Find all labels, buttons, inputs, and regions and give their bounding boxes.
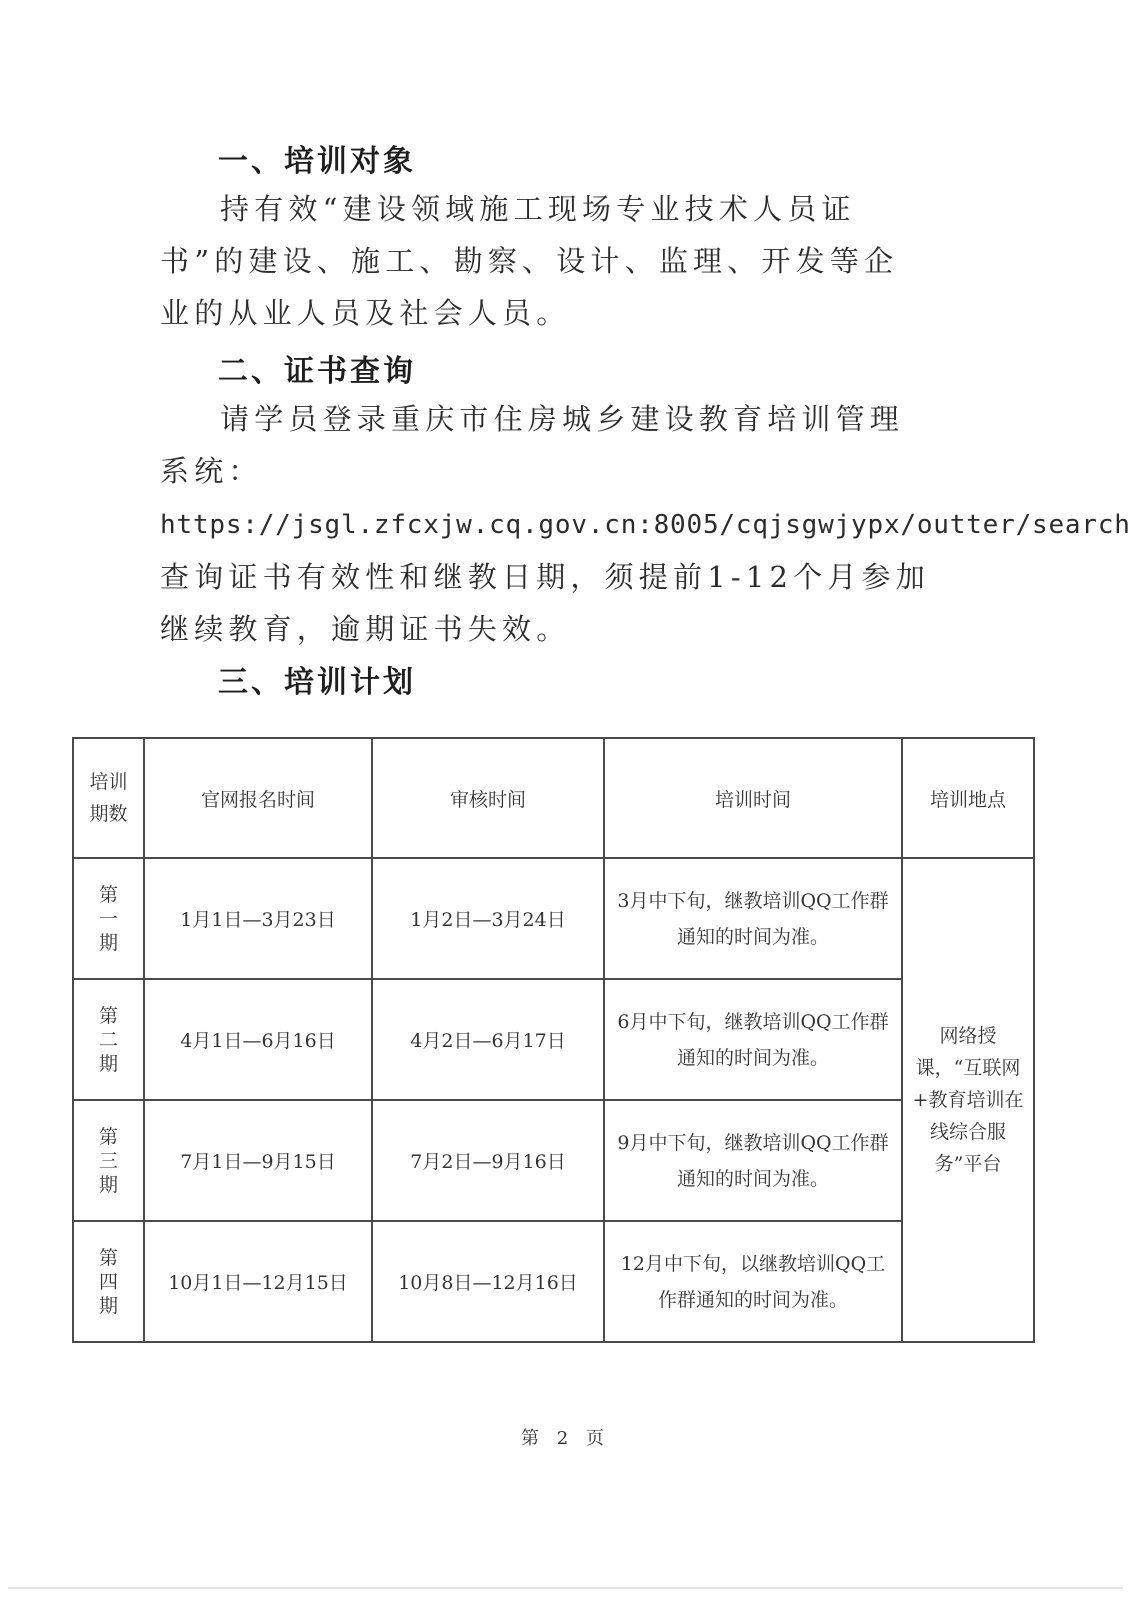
query-intro-text: 请学员登录重庆市住房城乡建设教育培训管理系统： bbox=[160, 402, 904, 488]
training-plan-table: 培训期数 官网报名时间 审核时间 培训时间 培训地点 第一期 1月1日—3月23… bbox=[72, 737, 1035, 1343]
page-bottom-divider bbox=[8, 1587, 1123, 1589]
section-heading-training-plan: 三、培训计划 bbox=[218, 657, 416, 701]
certificate-query-link[interactable]: https://jsgl.zfcxjw.cq.gov.cn:8005/cqjsg… bbox=[160, 510, 1131, 540]
header-review: 审核时间 bbox=[372, 738, 604, 858]
training-time-cell: 3月中下旬，继教培训QQ工作群通知的时间为准。 bbox=[604, 858, 902, 979]
table-row: 第二期 4月1日—6月16日 4月2日—6月17日 6月中下旬，继教培训QQ工作… bbox=[73, 979, 1034, 1100]
review-cell: 7月2日—9月16日 bbox=[372, 1100, 604, 1221]
location-cell: 网络授课，“互联网+教育培训在线综合服务”平台 bbox=[902, 858, 1034, 1342]
review-cell: 4月2日—6月17日 bbox=[372, 979, 604, 1100]
training-time-cell: 6月中下旬，继教培训QQ工作群通知的时间为准。 bbox=[604, 979, 902, 1100]
period-cell: 第三期 bbox=[73, 1100, 144, 1221]
review-cell: 1月2日—3月24日 bbox=[372, 858, 604, 979]
section-body-certificate-query: 请学员登录重庆市住房城乡建设教育培训管理系统：https://jsgl.zfcx… bbox=[160, 393, 930, 655]
training-time-cell: 9月中下旬，继教培训QQ工作群通知的时间为准。 bbox=[604, 1100, 902, 1221]
table-row: 第四期 10月1日—12月15日 10月8日—12月16日 12月中下旬，以继教… bbox=[73, 1221, 1034, 1342]
period-cell: 第四期 bbox=[73, 1221, 144, 1342]
period-cell: 第二期 bbox=[73, 979, 144, 1100]
header-training-time: 培训时间 bbox=[604, 738, 902, 858]
header-registration: 官网报名时间 bbox=[144, 738, 372, 858]
registration-cell: 10月1日—12月15日 bbox=[144, 1221, 372, 1342]
registration-cell: 4月1日—6月16日 bbox=[144, 979, 372, 1100]
registration-cell: 1月1日—3月23日 bbox=[144, 858, 372, 979]
training-target-text: 持有效“建设领域施工现场专业技术人员证书”的建设、施工、勘察、设计、监理、开发等… bbox=[160, 192, 898, 330]
table-header-row: 培训期数 官网报名时间 审核时间 培训时间 培训地点 bbox=[73, 738, 1034, 858]
header-location: 培训地点 bbox=[902, 738, 1034, 858]
section-heading-training-target: 一、培训对象 bbox=[218, 136, 416, 180]
section-heading-certificate-query: 二、证书查询 bbox=[218, 346, 416, 390]
review-cell: 10月8日—12月16日 bbox=[372, 1221, 604, 1342]
header-period: 培训期数 bbox=[73, 738, 144, 858]
table-row: 第一期 1月1日—3月23日 1月2日—3月24日 3月中下旬，继教培训QQ工作… bbox=[73, 858, 1034, 979]
query-suffix-text: 查询证书有效性和继教日期，须提前1-12个月参加继续教育，逾期证书失效。 bbox=[160, 560, 930, 646]
period-cell: 第一期 bbox=[73, 858, 144, 979]
training-time-cell: 12月中下旬，以继教培训QQ工作群通知的时间为准。 bbox=[604, 1221, 902, 1342]
section-body-training-target: 持有效“建设领域施工现场专业技术人员证书”的建设、施工、勘察、设计、监理、开发等… bbox=[160, 183, 930, 339]
document-page: 一、培训对象 持有效“建设领域施工现场专业技术人员证书”的建设、施工、勘察、设计… bbox=[0, 0, 1131, 1600]
page-number: 第 2 页 bbox=[0, 1424, 1131, 1450]
table-row: 第三期 7月1日—9月15日 7月2日—9月16日 9月中下旬，继教培训QQ工作… bbox=[73, 1100, 1034, 1221]
registration-cell: 7月1日—9月15日 bbox=[144, 1100, 372, 1221]
